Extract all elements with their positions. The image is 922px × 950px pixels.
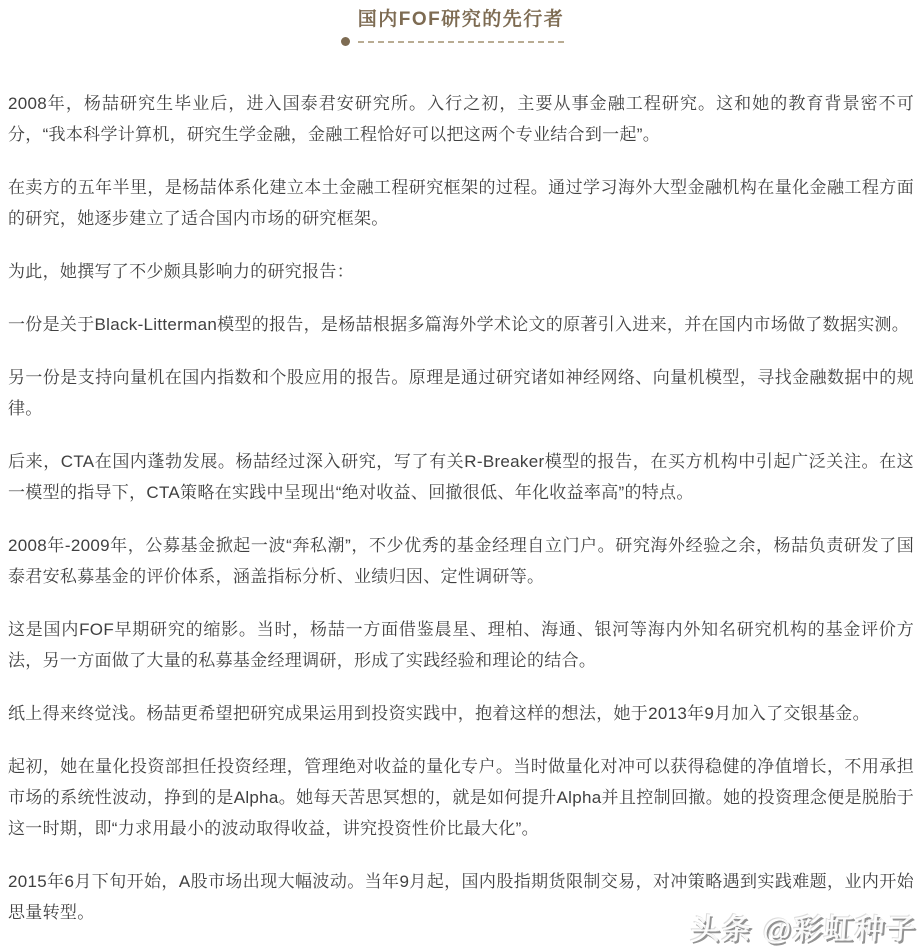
title-divider <box>341 37 565 46</box>
article-paragraph: 2015年6月下旬开始，A股市场出现大幅波动。当年9月起，国内股指期货限制交易，… <box>8 866 914 928</box>
article-paragraph: 后来，CTA在国内蓬勃发展。杨喆经过深入研究，写了有关R-Breaker模型的报… <box>8 446 914 508</box>
article-paragraph: 纸上得来终觉浅。杨喆更希望把研究成果运用到投资实践中，抱着这样的想法，她于201… <box>8 698 914 729</box>
section-title: 国内FOF研究的先行者 <box>358 8 565 32</box>
article-paragraph: 起初，她在量化投资部担任投资经理，管理绝对收益的量化专户。当时做量化对冲可以获得… <box>8 751 914 844</box>
divider-dot-icon <box>341 37 350 46</box>
article-paragraph: 在卖方的五年半里，是杨喆体系化建立本土金融工程研究框架的过程。通过学习海外大型金… <box>8 172 914 234</box>
article-paragraph: 一份是关于Black-Litterman模型的报告，是杨喆根据多篇海外学术论文的… <box>8 309 914 340</box>
article-paragraph: 另一份是支持向量机在国内指数和个股应用的报告。原理是通过研究诸如神经网络、向量机… <box>8 362 914 424</box>
article-paragraph: 2008年，杨喆研究生毕业后，进入国泰君安研究所。入行之初，主要从事金融工程研究… <box>8 88 914 150</box>
article-body: 2008年，杨喆研究生毕业后，进入国泰君安研究所。入行之初，主要从事金融工程研究… <box>8 88 914 928</box>
article-header: 国内FOF研究的先行者 <box>358 8 565 46</box>
article-paragraph: 为此，她撰写了不少颇具影响力的研究报告： <box>8 256 914 287</box>
article-paragraph: 这是国内FOF早期研究的缩影。当时，杨喆一方面借鉴晨星、理柏、海通、银河等海内外… <box>8 614 914 676</box>
divider-dashed-line <box>358 41 565 43</box>
article-paragraph: 2008年-2009年，公募基金掀起一波“奔私潮”，不少优秀的基金经理自立门户。… <box>8 530 914 592</box>
article-page: 国内FOF研究的先行者 2008年，杨喆研究生毕业后，进入国泰君安研究所。入行之… <box>0 0 922 950</box>
